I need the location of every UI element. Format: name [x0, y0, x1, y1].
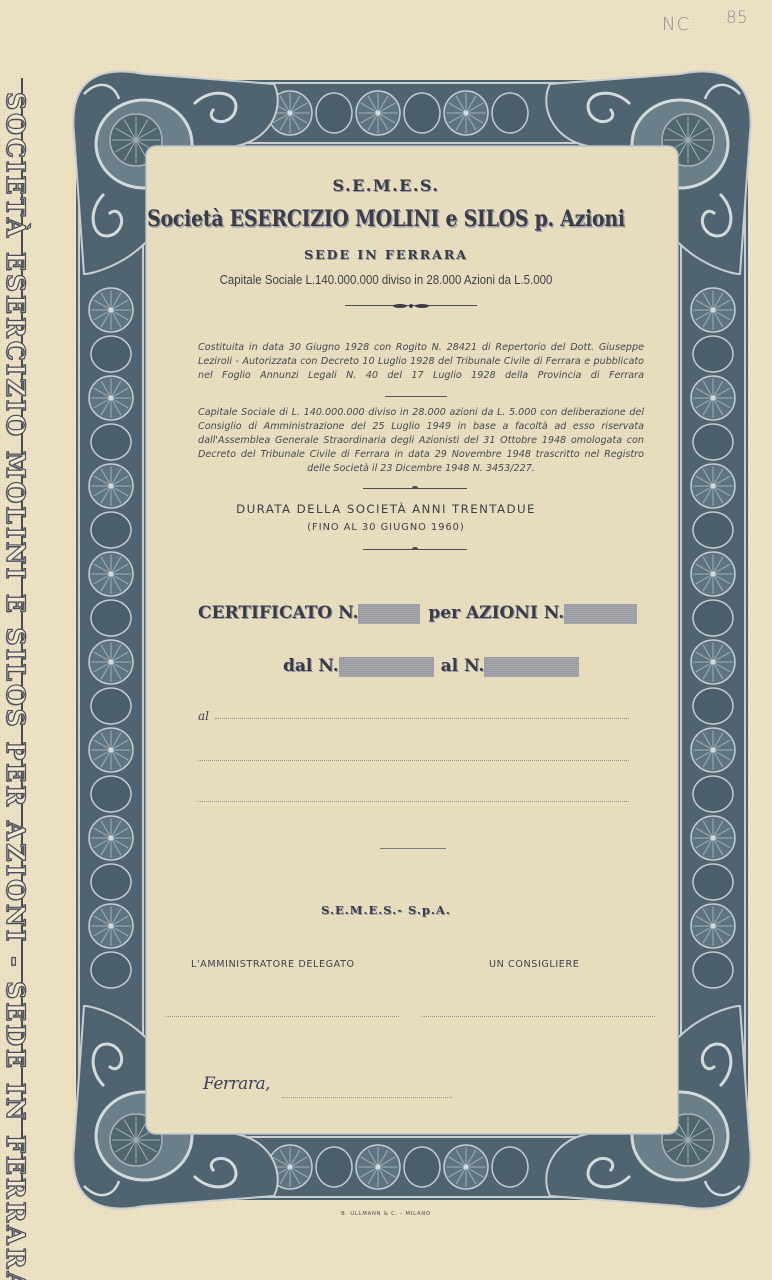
board-member-label: UN CONSIGLIERE — [489, 959, 579, 970]
duration-end-date: (FINO AL 30 GIUGNO 1960) — [0, 522, 772, 533]
company-short-name: S.E.M.E.S.- S.p.A. — [0, 903, 772, 917]
holder-label: al — [198, 709, 209, 723]
company-seat: SEDE IN FERRARA — [0, 247, 772, 262]
holder-field-line-1[interactable] — [215, 718, 629, 719]
handwritten-note-number: 85 — [726, 8, 748, 28]
duration-text: DURATA DELLA SOCIETÀ ANNI TRENTADUE — [0, 502, 772, 516]
date-field-line[interactable] — [282, 1097, 452, 1098]
share-capital: Capitale Sociale L.140.000.000 diviso in… — [46, 272, 725, 287]
certificate-number-line: CERTIFICATO N. per AZIONI N. — [198, 603, 637, 624]
printer-imprint: B. ULLMANN & C. - MILANO — [0, 1211, 772, 1217]
section-divider — [380, 848, 446, 849]
board-member-signature-line[interactable] — [422, 1016, 655, 1017]
holder-field-line-2[interactable] — [198, 760, 629, 761]
to-label: al N. — [441, 656, 485, 676]
ornamental-divider — [345, 303, 477, 309]
share-range-line: dal N. al N. — [283, 656, 579, 677]
shares-label: per AZIONI N. — [428, 603, 564, 623]
company-acronym: S.E.M.E.S. — [0, 176, 772, 195]
small-divider-bottom — [363, 547, 467, 551]
border-ornament-icon — [70, 70, 754, 1210]
capital-paragraph: Capitale Sociale di L. 140.000.000 divis… — [198, 406, 644, 476]
holder-field-line-3[interactable] — [198, 801, 629, 802]
handwritten-note-nc: NC — [662, 14, 690, 35]
ornamental-border — [70, 70, 754, 1210]
to-number-field[interactable] — [484, 657, 579, 677]
from-number-field[interactable] — [339, 657, 434, 677]
constitution-paragraph: Costituita in data 30 Giugno 1928 con Ro… — [198, 341, 644, 383]
paragraph-divider — [385, 396, 447, 397]
certificate-label: CERTIFICATO N. — [198, 603, 358, 623]
certificate-number-field[interactable] — [358, 604, 420, 624]
managing-director-signature-line[interactable] — [166, 1016, 399, 1017]
capital-paragraph-main: Capitale Sociale di L. 140.000.000 divis… — [198, 407, 644, 460]
managing-director-label: L'AMMINISTRATORE DELEGATO — [191, 959, 355, 970]
from-label: dal N. — [283, 656, 339, 676]
place-label: Ferrara, — [203, 1074, 270, 1094]
shares-number-field[interactable] — [564, 604, 637, 624]
company-name: Società ESERCIZIO MOLINI e SILOS p. Azio… — [54, 206, 718, 232]
small-divider-top — [363, 486, 467, 490]
capital-paragraph-last: delle Società il 23 Dicembre 1948 N. 345… — [198, 462, 644, 476]
